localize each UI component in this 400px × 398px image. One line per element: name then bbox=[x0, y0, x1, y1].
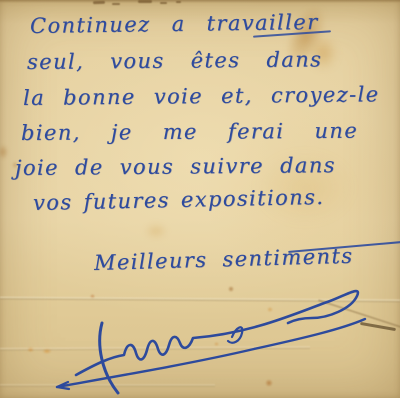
letter-line-2: seul, vous êtes dans bbox=[27, 46, 323, 75]
signature bbox=[24, 276, 380, 398]
stain-center bbox=[140, 220, 172, 242]
top-edge-speck bbox=[112, 3, 120, 5]
top-edge-speck bbox=[160, 2, 167, 4]
top-edge-speck bbox=[93, 1, 105, 4]
letter-line-4: bien, je me ferai une bbox=[21, 118, 358, 146]
top-edge-speck bbox=[176, 1, 181, 3]
letter-line-5: joie de vous suivre dans bbox=[15, 152, 336, 181]
letter-closing: Meilleurs sentiments bbox=[94, 243, 354, 276]
stain-left-edge bbox=[0, 142, 10, 162]
top-edge-speck bbox=[138, 0, 152, 3]
letter-line-1: Continuez a travailler bbox=[30, 9, 319, 39]
letter-line-3: la bonne voie et, croyez-le bbox=[23, 81, 380, 111]
handwritten-letter-page: Continuez a travailler seul, vous êtes d… bbox=[0, 0, 400, 398]
letter-line-6: vos futures expositions. bbox=[33, 184, 325, 216]
paper-top-edge bbox=[0, 0, 400, 3]
